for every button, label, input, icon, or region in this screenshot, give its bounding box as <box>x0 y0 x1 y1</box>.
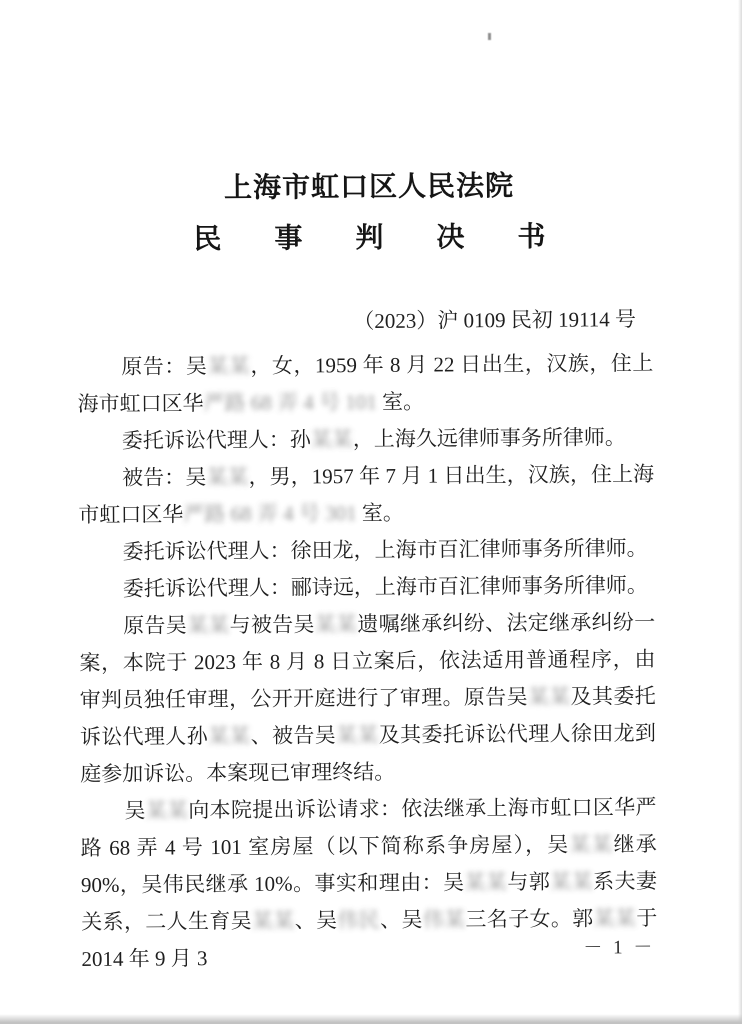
document-type-heading: 民 事 判 决 书 <box>0 213 741 258</box>
text-segment: 委托诉讼代理人：郦诗远，上海市百汇律师事务所律师。 <box>123 573 648 601</box>
text-segment: 与被告吴 <box>230 612 315 637</box>
redacted-text: 某某 <box>252 909 295 933</box>
text-segment: 室。 <box>377 390 424 414</box>
text-segment: 委托诉讼代理人：徐田龙，上海市百汇律师事务所律师。 <box>123 536 648 564</box>
redacted-text: 某某 <box>311 427 353 451</box>
redacted-text: 某某 <box>550 869 593 893</box>
case-number: （2023）沪 0109 民初 19114 号 <box>77 303 651 337</box>
text-segment: 原告：吴 <box>121 354 207 379</box>
redacted-text: 某某 <box>206 465 248 489</box>
paragraph: 原告吴某某与被告吴某某遗嘱继承纠纷、法定继承纠纷一案，本院于 2023 年 8 … <box>79 604 656 793</box>
redacted-text: 严路 68 弄 4 号 101 <box>204 390 377 415</box>
redacted-text: 严路 68 弄 4 号 301 <box>183 501 356 526</box>
scan-right-edge-shadow <box>738 0 742 1024</box>
text-segment: ，上海久远律师事务所律师。 <box>353 425 626 451</box>
redacted-text: 伟民 <box>337 908 380 932</box>
redacted-text: 某某 <box>528 685 571 709</box>
page-content: 上海市虹口区人民法院 民 事 判 决 书 （2023）沪 0109 民初 191… <box>0 0 742 1024</box>
scan-speck-artifact <box>488 33 491 40</box>
paragraph: 委托诉讼代理人：徐田龙，上海市百汇律师事务所律师。 <box>79 530 655 571</box>
text-segment: 吴 <box>124 799 145 823</box>
text-segment: 、吴 <box>380 908 423 932</box>
redacted-text: 某某 <box>464 870 507 894</box>
redacted-text: 伟某 <box>423 907 466 931</box>
page-number: － 1 － <box>81 932 655 963</box>
paragraph: 委托诉讼代理人：郦诗远，上海市百汇律师事务所律师。 <box>79 567 655 608</box>
redacted-text: 某某 <box>208 724 251 748</box>
redacted-text: 某某 <box>315 612 358 636</box>
court-name-heading: 上海市虹口区人民法院 <box>0 162 740 207</box>
scan-bottom-edge-shadow <box>0 1014 742 1024</box>
text-segment: 被告：吴 <box>122 465 206 490</box>
text-segment: 原告吴 <box>123 613 187 637</box>
text-segment: 室。 <box>357 501 404 525</box>
redacted-text: 某某 <box>146 798 189 822</box>
paragraph: 委托诉讼代理人：孙某某，上海久远律师事务所律师。 <box>78 419 654 460</box>
paragraph: 被告：吴某某，男，1957 年 7 月 1 日出生，汉族，住上海市虹口区华严路 … <box>78 456 655 534</box>
redacted-text: 某某 <box>336 723 379 747</box>
text-segment: 三名子女。郭 <box>465 906 593 931</box>
redacted-text: 某某 <box>187 613 230 637</box>
text-segment: 委托诉讼代理人：孙 <box>122 427 311 452</box>
redacted-text: 某某 <box>593 906 636 930</box>
paragraph: 原告：吴某某，女，1959 年 8 月 22 日出生，汉族，住上海市虹口区华严路… <box>77 345 654 423</box>
text-segment: 、吴 <box>295 908 338 932</box>
document-body: 原告：吴某某，女，1959 年 8 月 22 日出生，汉族，住上海市虹口区华严路… <box>77 345 657 978</box>
text-segment: 与郭 <box>507 870 550 894</box>
redacted-text: 某某 <box>569 832 613 856</box>
redacted-text: 某某 <box>207 354 250 378</box>
text-segment: 、被告吴 <box>251 723 337 748</box>
scanned-judgment-page: 上海市虹口区人民法院 民 事 判 决 书 （2023）沪 0109 民初 191… <box>0 0 742 1024</box>
